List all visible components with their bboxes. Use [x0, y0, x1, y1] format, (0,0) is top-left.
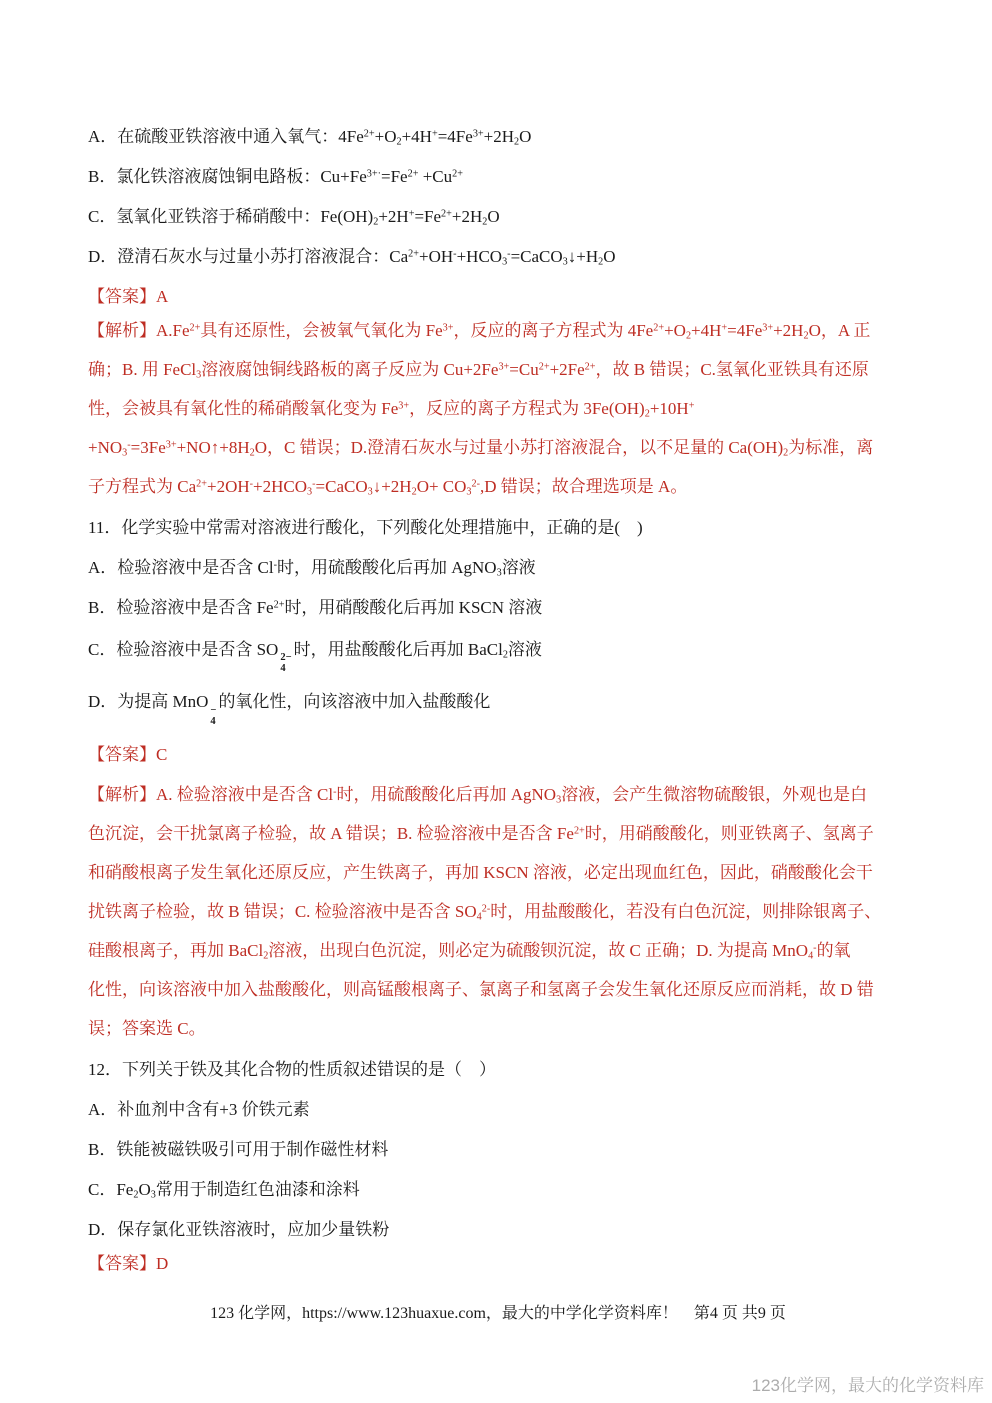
analysis-line: 【解析】A. 检验溶液中是否含 Cl-时，用硫酸酸化后再加 AgNO3溶液，会产…: [88, 775, 908, 814]
analysis-line: 色沉淀，会干扰氯离子检验，故 A 错误；B. 检验溶液中是否含 Fe2+时，用硝…: [88, 814, 908, 853]
answer-line: 【答案】D: [88, 1244, 908, 1284]
analysis-line: 性，会被具有氧化性的稀硝酸氧化变为 Fe3+，反应的离子方程式为 3Fe(OH)…: [88, 389, 908, 428]
analysis-line: 误；答案选 C。: [88, 1009, 908, 1048]
option-line-d: D．为提高 MnO−4的氧化性，向该溶液中加入盐酸酸化: [88, 682, 908, 726]
analysis-line: +NO3-=3Fe3++NO↑+8H2O，C 错误；D.澄清石灰水与过量小苏打溶…: [88, 428, 908, 467]
question-11-block: 11．化学实验中常需对溶液进行酸化，下列酸化处理措施中，正确的是( ) A．检验…: [88, 508, 908, 1048]
answer-line: 【答案】C: [88, 735, 908, 775]
question-10-block: A．在硫酸亚铁溶液中通入氧气：4Fe2++O2+4H+=4Fe3++2H2O B…: [88, 117, 908, 506]
watermark: 123化学网，最大的化学资料库: [752, 1371, 984, 1396]
document-page: A．在硫酸亚铁溶液中通入氧气：4Fe2++O2+4H+=4Fe3++2H2O B…: [0, 0, 992, 1403]
question-stem: 11．化学实验中常需对溶液进行酸化，下列酸化处理措施中，正确的是( ): [88, 508, 908, 548]
analysis-line: 确；B. 用 FeCl3溶液腐蚀铜线路板的离子反应为 Cu+2Fe3+=Cu2+…: [88, 350, 908, 389]
analysis-line: 扰铁离子检验，故 B 错误；C. 检验溶液中是否含 SO42-时，用盐酸酸化，若…: [88, 892, 908, 931]
page-content: A．在硫酸亚铁溶液中通入氧气：4Fe2++O2+4H+=4Fe3++2H2O B…: [0, 0, 992, 1334]
option-line-c: C．检验溶液中是否含 SO2−4时，用盐酸酸化后再加 BaCl2溶液: [88, 628, 908, 674]
option-line-c: C．Fe2O3常用于制造红色油漆和涂料: [88, 1170, 908, 1210]
question-12-block: 12．下列关于铁及其化合物的性质叙述错误的是（ ） A．补血剂中含有+3 价铁元…: [88, 1050, 908, 1284]
option-line-b: B．氯化铁溶液腐蚀铜电路板：Cu+Fe3+·=Fe2+ +Cu2+: [88, 157, 908, 197]
option-line-a: A．检验溶液中是否含 Cl-时，用硫酸酸化后再加 AgNO3溶液: [88, 548, 908, 588]
option-line-b: B．铁能被磁铁吸引可用于制作磁性材料: [88, 1130, 908, 1170]
question-stem: 12．下列关于铁及其化合物的性质叙述错误的是（ ）: [88, 1050, 908, 1090]
option-line-c: C．氢氧化亚铁溶于稀硝酸中：Fe(OH)2+2H+=Fe2++2H2O: [88, 197, 908, 237]
option-line-b: B．检验溶液中是否含 Fe2+时，用硝酸酸化后再加 KSCN 溶液: [88, 588, 908, 628]
analysis-line: 子方程式为 Ca2++2OH-+2HCO3-=CaCO3↓+2H2O+ CO32…: [88, 467, 908, 506]
analysis-line: 和硝酸根离子发生氧化还原反应，产生铁离子，再加 KSCN 溶液，必定出现血红色，…: [88, 853, 908, 892]
option-line-a: A．补血剂中含有+3 价铁元素: [88, 1090, 908, 1130]
analysis-line: 硅酸根离子，再加 BaCl2溶液，出现白色沉淀，则必定为硫酸钡沉淀，故 C 正确…: [88, 931, 908, 970]
analysis-line: 化性，向该溶液中加入盐酸酸化，则高锰酸根离子、氯离子和氢离子会发生氧化还原反应而…: [88, 970, 908, 1009]
page-footer: 123 化学网，https://www.123huaxue.com，最大的中学化…: [88, 1294, 908, 1334]
analysis-paragraph: 【解析】A. 检验溶液中是否含 Cl-时，用硫酸酸化后再加 AgNO3溶液，会产…: [88, 775, 908, 1048]
analysis-paragraph: 【解析】A.Fe2+具有还原性，会被氧气氧化为 Fe3+，反应的离子方程式为 4…: [88, 311, 908, 506]
analysis-line: 【解析】A.Fe2+具有还原性，会被氧气氧化为 Fe3+，反应的离子方程式为 4…: [88, 311, 908, 350]
option-line-d: D．澄清石灰水与过量小苏打溶液混合：Ca2++OH-+HCO3-=CaCO3↓+…: [88, 237, 908, 277]
option-line-a: A．在硫酸亚铁溶液中通入氧气：4Fe2++O2+4H+=4Fe3++2H2O: [88, 117, 908, 157]
